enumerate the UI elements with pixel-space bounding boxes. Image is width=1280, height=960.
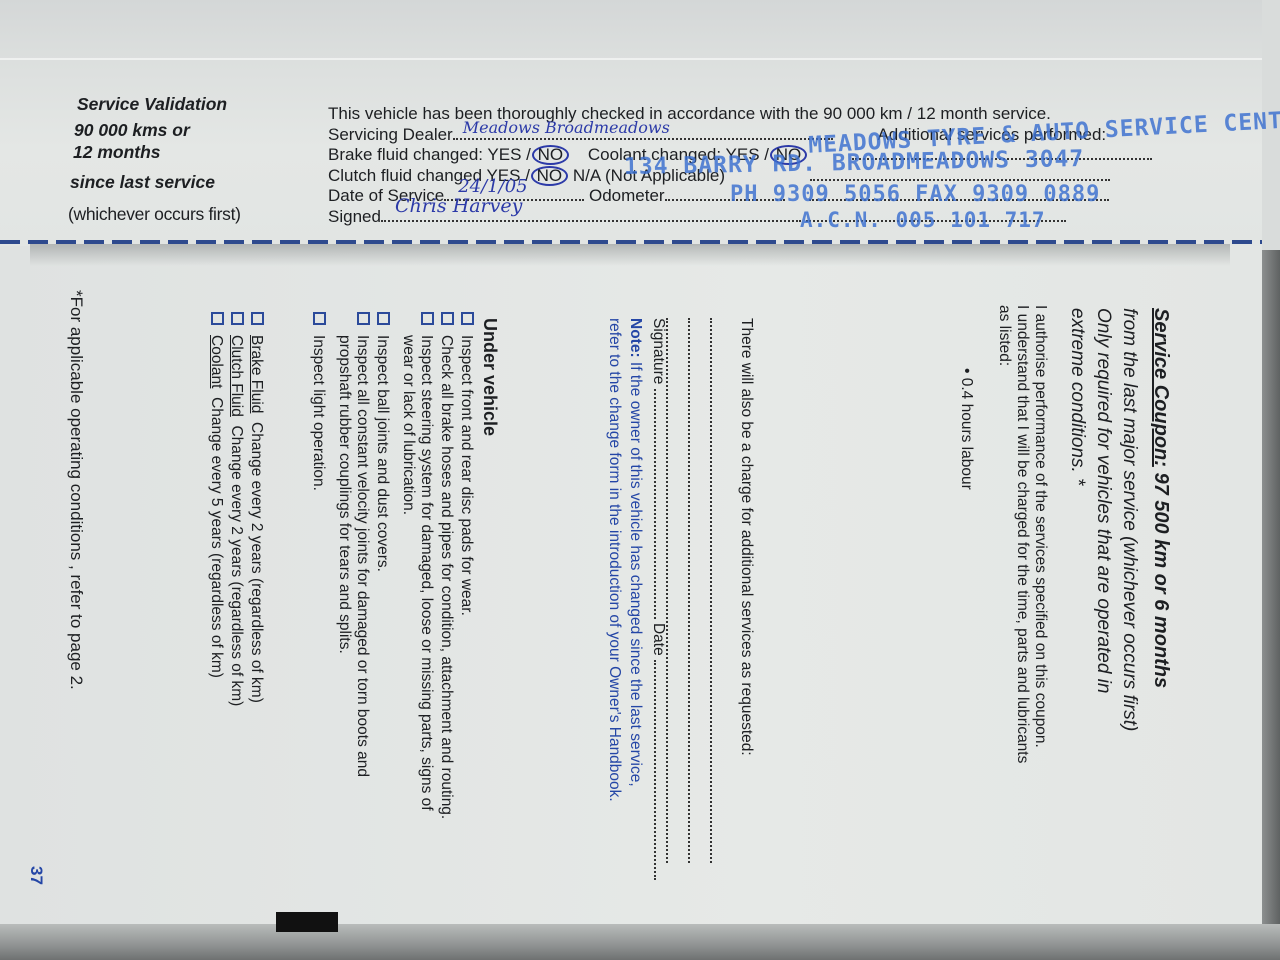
page-tab-marker bbox=[276, 912, 338, 932]
coupon-subtitle-3: extreme conditions. * bbox=[1066, 308, 1088, 485]
validation-heading: Service Validation bbox=[77, 92, 227, 116]
additional-services-line-1[interactable] bbox=[705, 318, 724, 863]
checkbox-coolant[interactable] bbox=[211, 312, 224, 325]
stamp-line-3: PH 9309 5056 FAX 9309 0889 bbox=[730, 182, 1100, 207]
signed-label: Signed bbox=[328, 207, 381, 226]
interval-line-2: 12 months bbox=[73, 140, 161, 164]
fluid-coolant: Coolant Change every 5 years (regardless… bbox=[207, 312, 226, 678]
under-vehicle-item-6: Inspect light operation. bbox=[309, 312, 328, 491]
coupon-title: Service Coupon: 97 500 km or 6 months bbox=[1149, 308, 1172, 688]
coupon-subtitle-1: from the last major service (whichever o… bbox=[1118, 308, 1140, 731]
under-vehicle-item-3: Inspect steering system for damaged, loo… bbox=[417, 312, 436, 811]
owner-change-note-1: Note: If the owner of this vehicle has c… bbox=[626, 318, 645, 787]
page-right-edge bbox=[1262, 250, 1280, 930]
signed-field[interactable]: Chris Harvey bbox=[381, 208, 801, 222]
fluid-brake: Brake Fluid Change every 2 years (regard… bbox=[247, 312, 266, 703]
stamp-line-4: A.C.N. 005 101 717 bbox=[800, 208, 1046, 232]
page-crease bbox=[0, 58, 1262, 60]
checkbox-light-operation[interactable] bbox=[313, 312, 326, 325]
coupon-date-field[interactable] bbox=[654, 660, 668, 880]
extra-charge-statement: There will also be a charge for addition… bbox=[737, 318, 756, 756]
checkbox-steering-system[interactable] bbox=[421, 312, 434, 325]
checkbox-brake-hoses[interactable] bbox=[441, 312, 454, 325]
clutch-fluid-answer[interactable]: NO bbox=[531, 166, 569, 186]
odometer-label: Odometer bbox=[589, 186, 665, 205]
under-vehicle-item-5-cont: propshaft rubber couplings for tears and… bbox=[335, 335, 354, 654]
under-vehicle-heading: Under vehicle bbox=[479, 318, 500, 436]
dealer-value: Meadows Broadmeadows bbox=[463, 118, 670, 139]
authorisation-line-3: as listed: bbox=[995, 305, 1014, 366]
since-last-service: since last service bbox=[70, 170, 215, 194]
under-vehicle-item-4: Inspect ball joints and dust covers. bbox=[373, 312, 392, 572]
brake-fluid-label: Brake fluid changed: YES / bbox=[328, 145, 536, 164]
under-vehicle-item-1: Inspect front and rear disc pads for wea… bbox=[457, 312, 476, 616]
checkbox-brake-fluid[interactable] bbox=[251, 312, 264, 325]
page-number: 37 bbox=[26, 866, 46, 885]
checkbox-cv-joints[interactable] bbox=[357, 312, 370, 325]
brake-fluid-answer[interactable]: NO bbox=[532, 145, 570, 165]
fold-shadow bbox=[30, 244, 1230, 266]
signed-row: SignedChris Harvey bbox=[328, 207, 1188, 228]
interval-line-1: 90 000 kms or bbox=[74, 118, 190, 142]
coupon-signature-label: Signature bbox=[650, 318, 667, 384]
owner-change-note-2: refer to the change form in the introduc… bbox=[605, 318, 624, 802]
under-vehicle-item-3-cont: wear or lack of lubrication. bbox=[399, 335, 418, 515]
coupon-subtitle-2: Only required for vehicles that are oper… bbox=[1092, 308, 1114, 694]
additional-services-line-2[interactable] bbox=[683, 318, 702, 863]
service-validation-page: Service Validation 90 000 kms or 12 mont… bbox=[0, 0, 1262, 246]
signature-value: Chris Harvey bbox=[395, 196, 522, 217]
coupon-signature-row: Signature Date bbox=[649, 318, 668, 880]
checkbox-disc-pads[interactable] bbox=[461, 312, 474, 325]
checkbox-ball-joints[interactable] bbox=[377, 312, 390, 325]
authorisation-line-1: I authorise performance of the services … bbox=[1031, 305, 1050, 748]
labour-hours: • 0.4 hours labour bbox=[957, 368, 976, 490]
coupon-signature-field[interactable] bbox=[654, 389, 668, 619]
coupon-date-label: Date bbox=[650, 623, 667, 656]
under-vehicle-item-5: Inspect all constant velocity joints for… bbox=[353, 312, 372, 777]
under-vehicle-item-2: Check all brake hoses and pipes for cond… bbox=[437, 312, 456, 819]
whichever-note: (whichever occurs first) bbox=[68, 202, 241, 226]
fluid-clutch: Clutch Fluid Change every 2 years (regar… bbox=[227, 312, 246, 706]
dealer-label: Servicing Dealer bbox=[328, 125, 453, 144]
dealer-field[interactable]: Meadows Broadmeadows bbox=[453, 126, 833, 140]
page-bottom-edge bbox=[0, 924, 1280, 960]
checkbox-clutch-fluid[interactable] bbox=[231, 312, 244, 325]
footnote: *For applicable operating conditions , r… bbox=[66, 290, 86, 690]
authorisation-line-2: I understand that I will be charged for … bbox=[1013, 305, 1032, 763]
